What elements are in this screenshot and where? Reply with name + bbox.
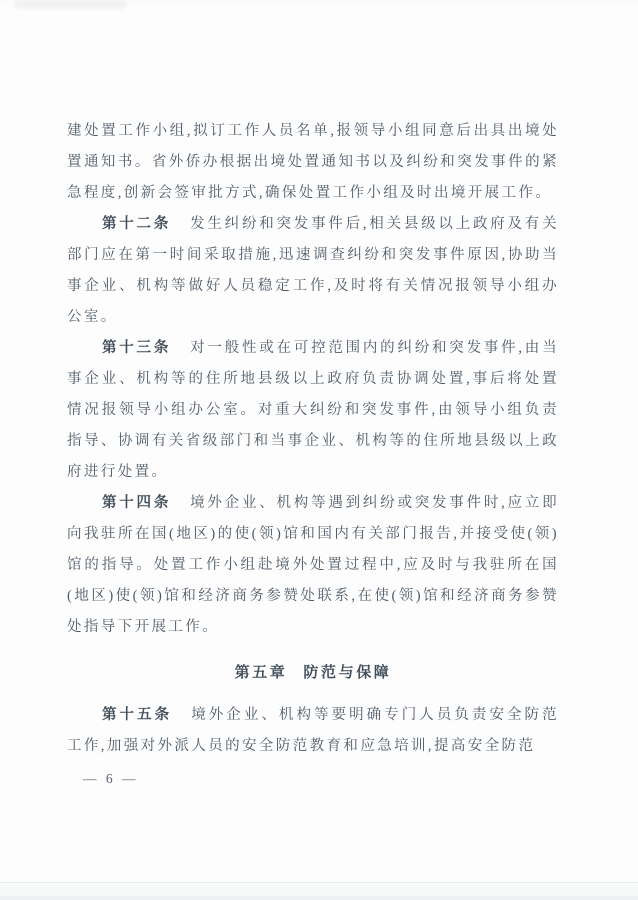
paragraph-article-12: 第十二条发生纠纷和突发事件后,相关县级以上政府及有关部门应在第一时间采取措施,迅…	[67, 209, 559, 333]
scan-bottom-edge-line	[0, 896, 638, 900]
chapter-heading: 第五章防范与保障	[67, 658, 559, 689]
article-number-label: 第十四条	[102, 495, 171, 511]
paragraph-text: 对一般性或在可控范围内的纠纷和突发事件,由当事企业、机构等的住所地县级以上政府负…	[67, 340, 559, 480]
paragraph-text: 发生纠纷和突发事件后,相关县级以上政府及有关部门应在第一时间采取措施,迅速调查纠…	[67, 216, 559, 325]
article-number-label: 第十三条	[102, 340, 171, 356]
article-number-label: 第十五条	[102, 707, 172, 723]
page-number: — 6 —	[83, 763, 559, 794]
paragraph-article-13: 第十三条对一般性或在可控范围内的纠纷和突发事件,由当事企业、机构等的住所地县级以…	[67, 333, 559, 488]
paragraph-article-15: 第十五条境外企业、机构等要明确专门人员负责安全防范工作,加强对外派人员的安全防范…	[67, 700, 559, 762]
document-body: 建处置工作小组,拟订工作人员名单,报领导小组同意后出具出境处置通知书。省外侨办根…	[67, 116, 559, 794]
scan-artifact-smudge	[14, 0, 126, 9]
chapter-number-label: 第五章	[235, 665, 288, 681]
paragraph-article-14: 第十四条境外企业、机构等遇到纠纷或突发事件时,应立即向我驻所在国(地区)的使(领…	[67, 488, 559, 643]
scan-bottom-edge	[0, 882, 638, 900]
article-number-label: 第十二条	[102, 216, 171, 232]
paragraph-text: 建处置工作小组,拟订工作人员名单,报领导小组同意后出具出境处置通知书。省外侨办根…	[67, 123, 559, 201]
scanned-document-page: 建处置工作小组,拟订工作人员名单,报领导小组同意后出具出境处置通知书。省外侨办根…	[0, 0, 638, 900]
paragraph-text: 境外企业、机构等遇到纠纷或突发事件时,应立即向我驻所在国(地区)的使(领)馆和国…	[67, 495, 559, 635]
chapter-title: 防范与保障	[303, 665, 391, 681]
paragraph-continuation: 建处置工作小组,拟订工作人员名单,报领导小组同意后出具出境处置通知书。省外侨办根…	[67, 116, 559, 209]
